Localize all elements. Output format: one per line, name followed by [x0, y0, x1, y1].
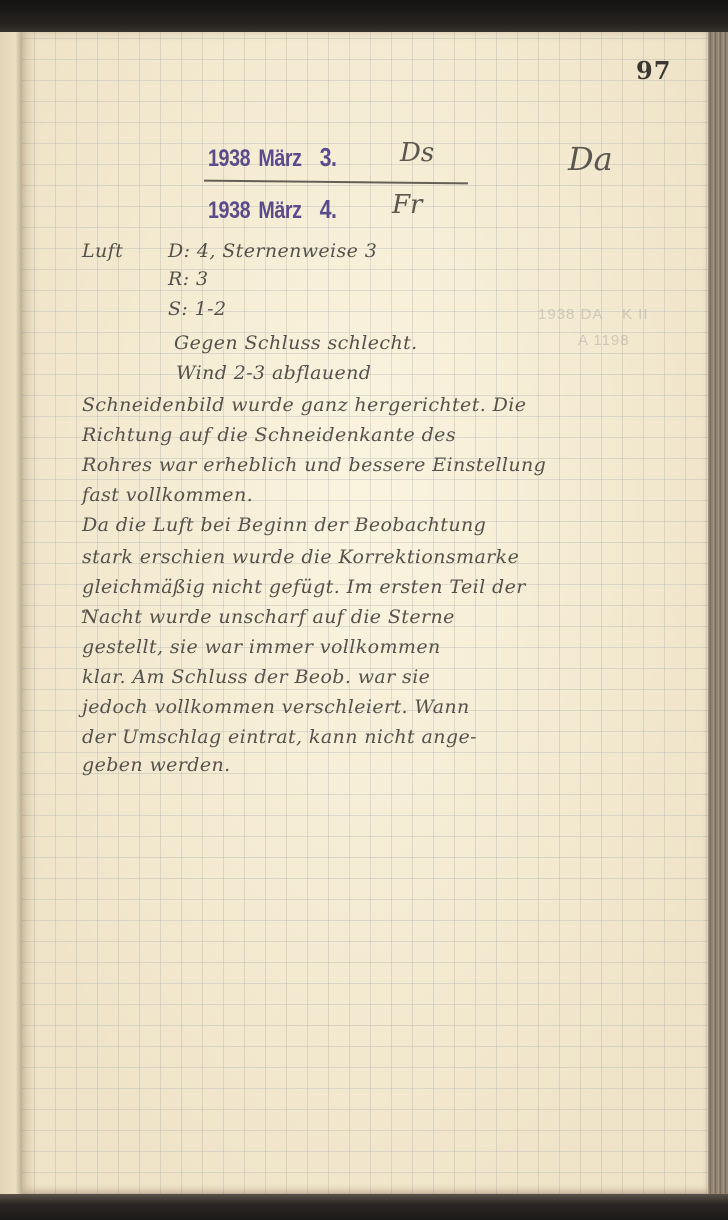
facing-page-edge: [0, 32, 23, 1196]
remark-line: Richtung auf die Schneidenkante des: [82, 424, 456, 446]
scanner-top-border: [0, 0, 728, 34]
remark-line: Rohres war erheblich und bessere Einstel…: [82, 454, 546, 476]
date-stamp: 1938März3.: [208, 142, 337, 173]
seeing-entry: D: 4, Sternenweise 3: [168, 240, 377, 262]
handwritten-initials: Fr: [392, 190, 422, 220]
stamp-month: März: [258, 197, 301, 224]
corner-initials: Da: [568, 140, 613, 178]
bleed-through-text: K II: [622, 306, 649, 323]
remark-line: Nacht wurde unscharf auf die Sterne: [82, 606, 455, 628]
remark-line: geben werden.: [82, 754, 231, 776]
page-stack-edge: [706, 32, 728, 1196]
seeing-entry: S: 1-2: [168, 298, 226, 320]
stamp-day: 4.: [320, 194, 337, 224]
bleed-through-text: 1938 DA: [538, 306, 603, 323]
remark-line: Da die Luft bei Beginn der Beobachtung: [82, 514, 486, 536]
bleed-through-text: A 1198: [578, 332, 630, 349]
seeing-entry: R: 3: [168, 268, 208, 290]
stamp-year: 1938: [208, 145, 250, 172]
divider-line: [204, 180, 468, 185]
remark-line: gestellt, sie war immer vollkommen: [82, 636, 441, 658]
remark-line: gleichmäßig nicht gefügt. Im ersten Teil…: [82, 576, 526, 598]
remark-line: klar. Am Schluss der Beob. war sie: [82, 666, 430, 688]
remark-line: jedoch vollkommen verschleiert. Wann: [82, 696, 470, 718]
remark-line: Schneidenbild wurde ganz hergerichtet. D…: [82, 394, 526, 416]
stamp-month: März: [258, 145, 301, 172]
seeing-entry: Wind 2-3 abflauend: [176, 362, 371, 384]
stamp-day: 3.: [320, 142, 337, 172]
stamp-year: 1938: [208, 197, 250, 224]
remark-line: fast vollkommen.: [82, 484, 253, 506]
page-number: 97: [636, 56, 671, 85]
handwritten-initials: Ds: [400, 138, 434, 168]
seeing-entry: Gegen Schluss schlecht.: [174, 332, 418, 354]
notebook-page: 97 1938 DA K II A 1198 1938März3. Ds 193…: [22, 32, 708, 1194]
seeing-label: Luft: [82, 240, 123, 262]
pencil-dot: [82, 610, 85, 613]
remark-line: stark erschien wurde die Korrektionsmark…: [82, 546, 519, 568]
scanner-bottom-border: [0, 1194, 728, 1220]
date-stamp: 1938März4.: [208, 194, 337, 225]
remark-line: der Umschlag eintrat, kann nicht ange-: [82, 726, 477, 748]
